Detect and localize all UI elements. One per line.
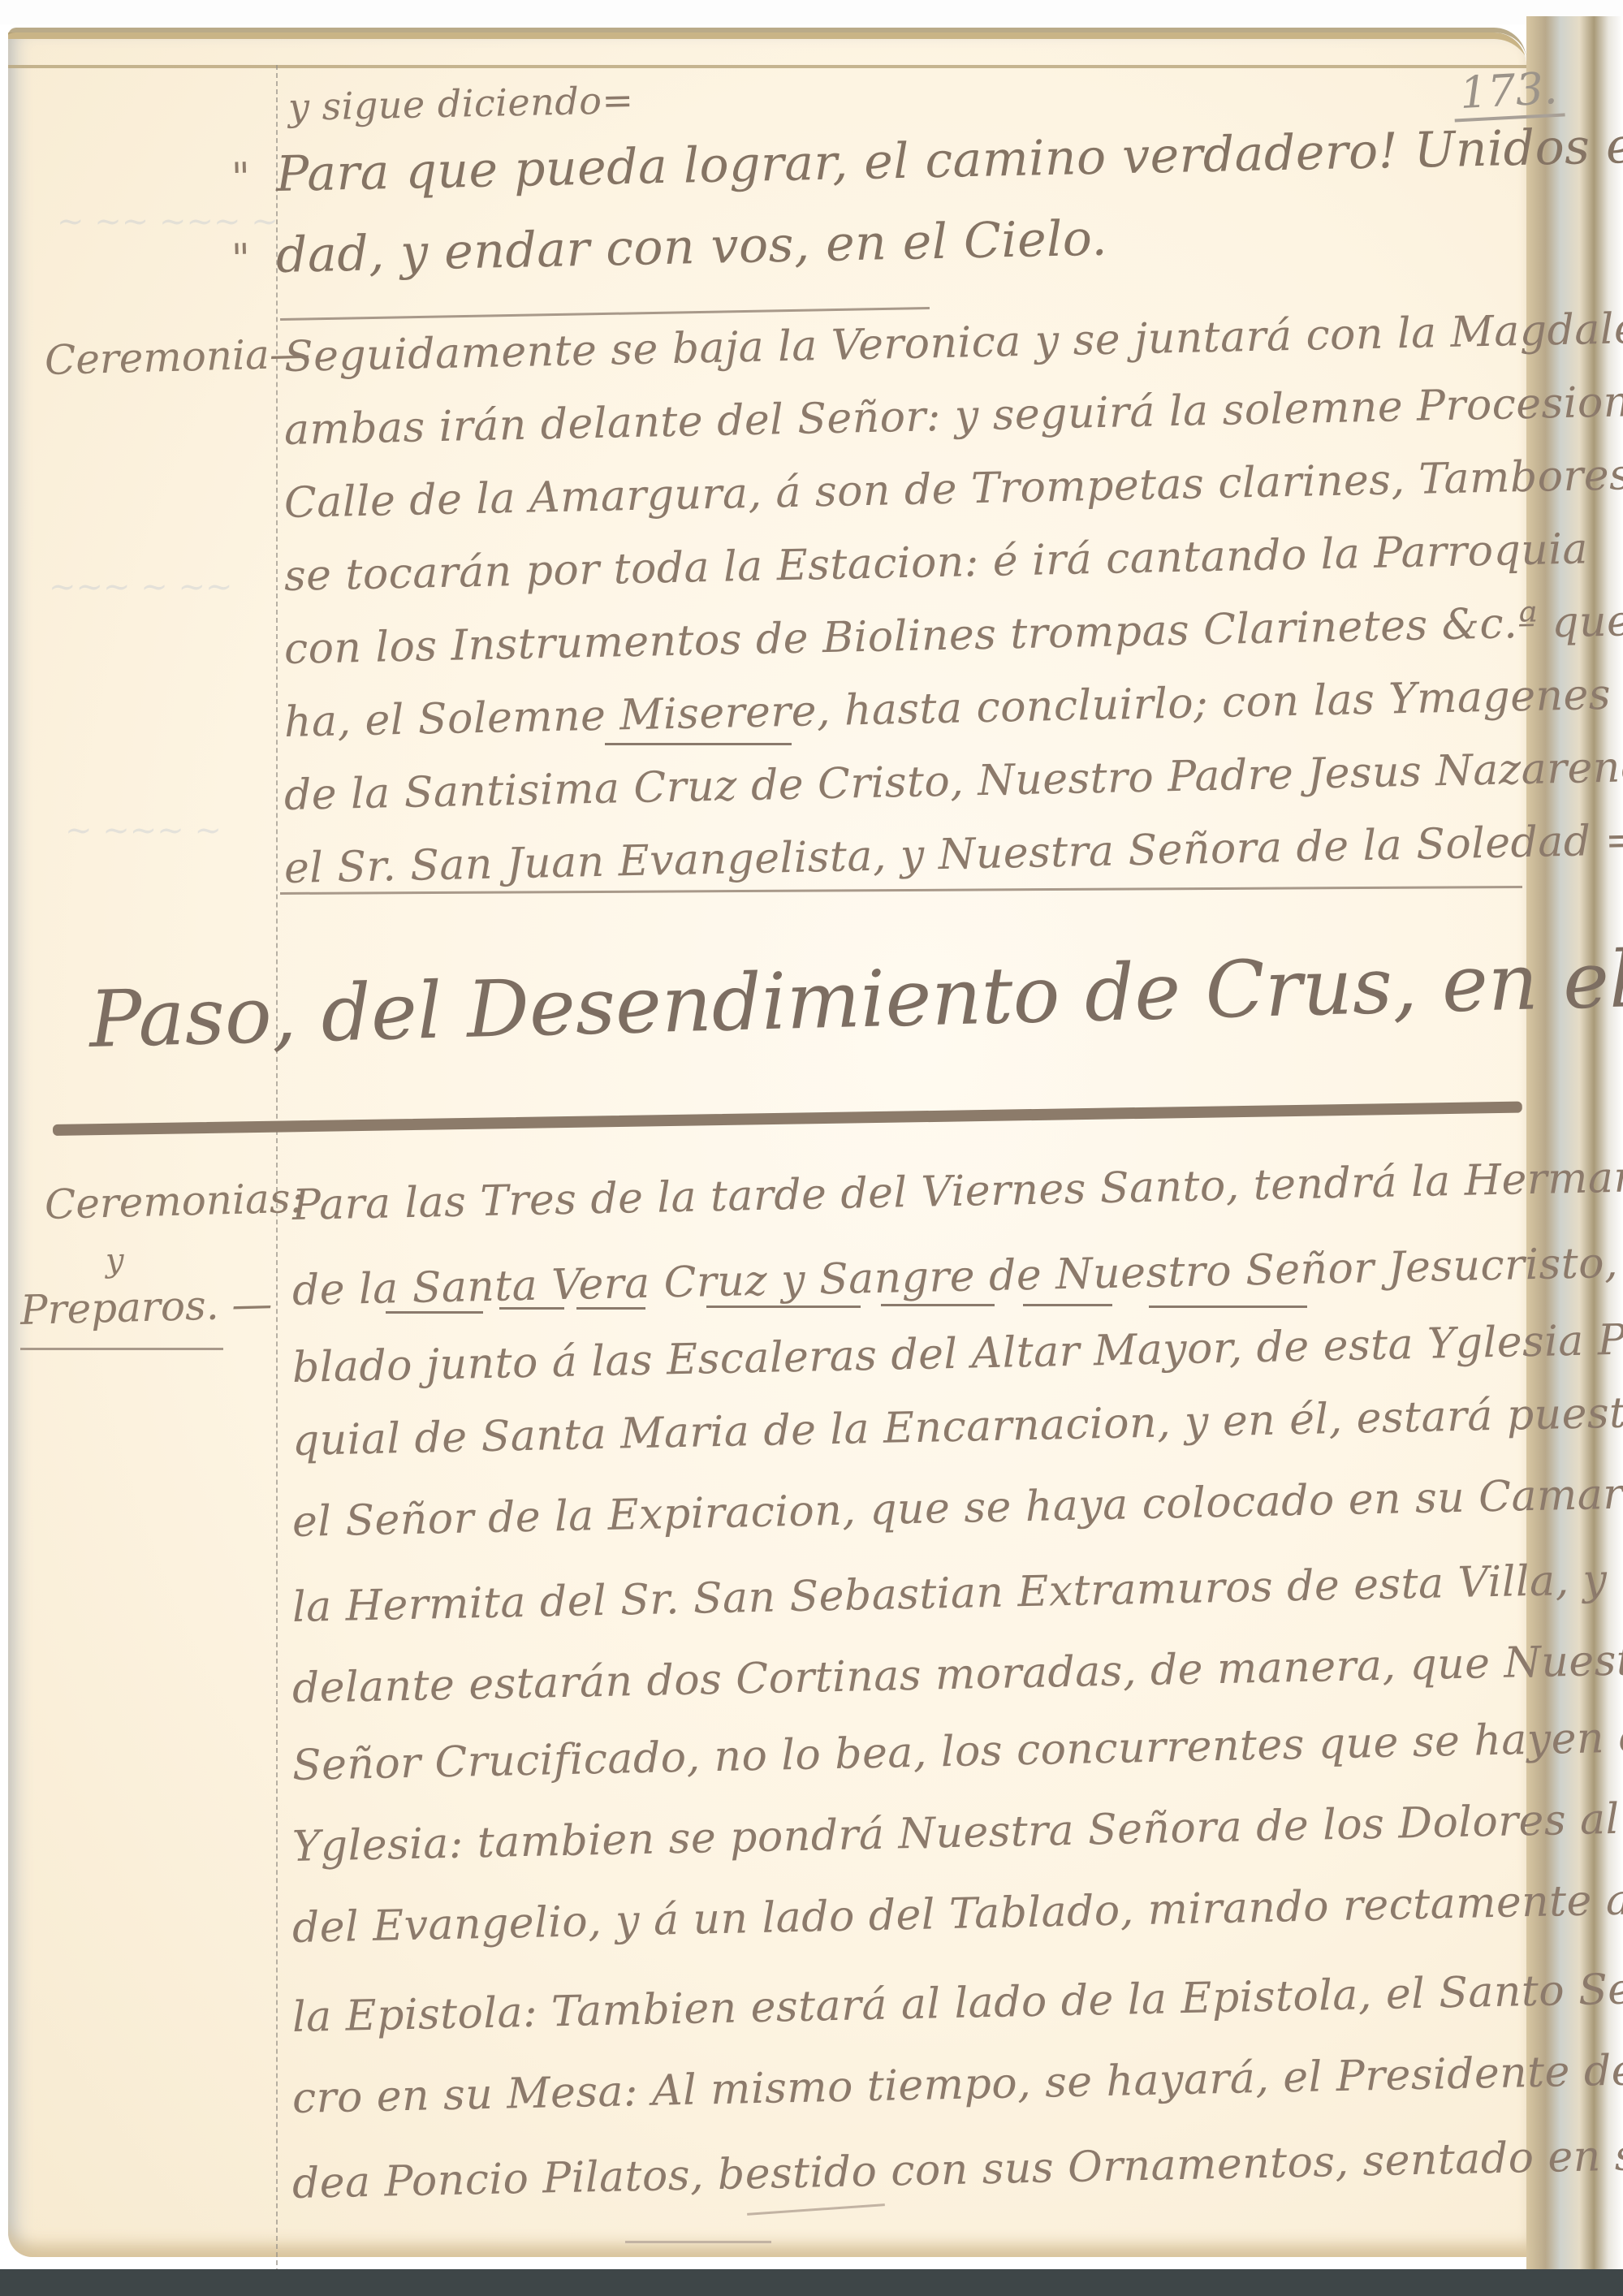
word-underline [386, 1311, 483, 1314]
margin-label-ceremonias: Ceremonias: [44, 1175, 304, 1228]
margin-label-ceremonia: Ceremonia— [44, 330, 310, 384]
word-underline [499, 1307, 564, 1310]
page-top-stain [8, 28, 1526, 68]
margin-label-underline [20, 1348, 223, 1350]
margin-rule-line [276, 65, 278, 2273]
bleed-through-text: ~~~ ~ ~~ [49, 568, 233, 606]
margin-label-and: y [105, 1241, 124, 1280]
scan-bottom-background [0, 2269, 1623, 2296]
page-number: 173. [1452, 62, 1565, 122]
margin-label-preparos: Preparos. — [19, 1280, 273, 1334]
word-underline [1023, 1304, 1112, 1306]
closing-flourish [625, 2241, 771, 2243]
word-underline [706, 1306, 861, 1308]
verse-mark: " [231, 235, 251, 283]
bleed-through-text: ~ ~~~ ~ [65, 812, 222, 849]
verse-mark: " [231, 153, 251, 201]
intro-line: y sigue diciendo= [287, 78, 634, 129]
miserere-underline [605, 743, 792, 745]
word-underline [1149, 1306, 1307, 1308]
word-underline [881, 1304, 995, 1306]
word-underline [576, 1307, 645, 1310]
scan-top-margin [0, 0, 1623, 24]
